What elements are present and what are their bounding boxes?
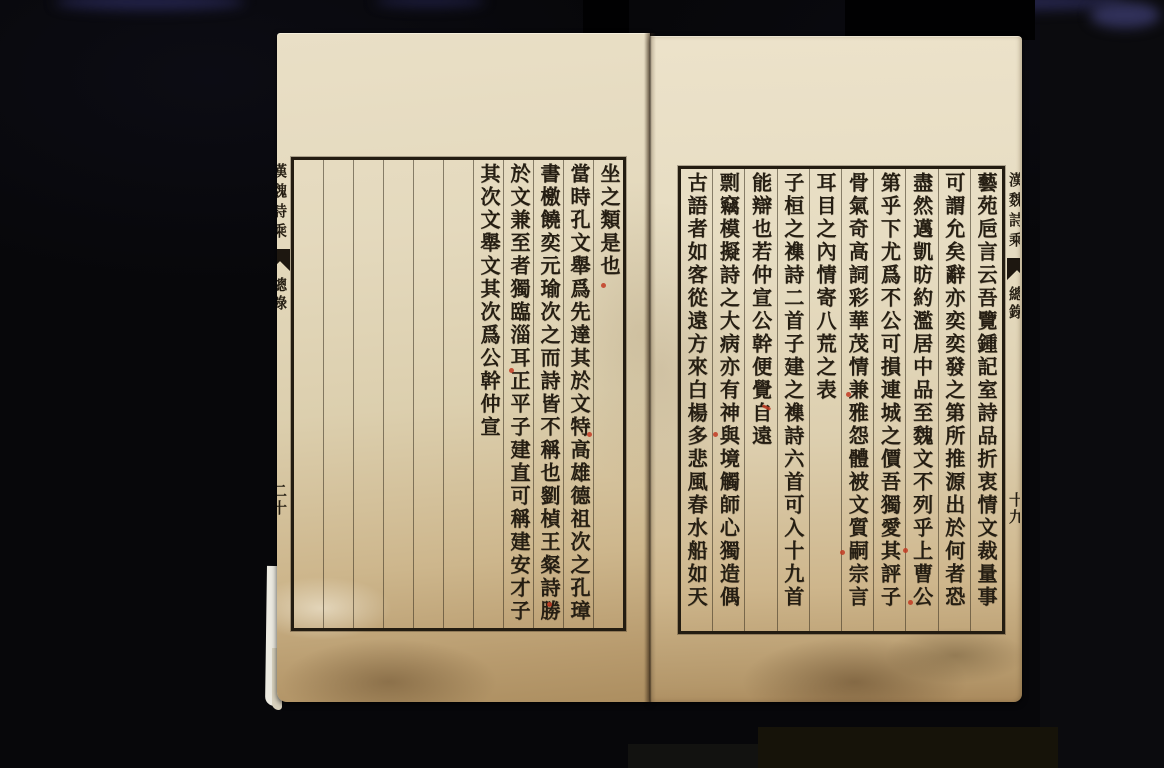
text-column <box>294 160 323 628</box>
text-column: 當時孔文舉爲先達其於文特高雄德祖次之孔璋 <box>563 160 593 628</box>
fishtail-mark <box>1007 258 1020 280</box>
fishtail-mark <box>277 249 290 271</box>
right-page: 藝苑巵言云吾覽鍾記室詩品折衷情文裁量事代 可謂允矣辭亦奕奕發之第所推源出於何者恐… <box>650 36 1022 702</box>
text-column: 盡然邁凱昉約濫居中品至魏文不列乎上曹公屈 <box>905 169 937 631</box>
vermilion-mark <box>903 548 908 553</box>
text-column <box>383 160 413 628</box>
left-folding-margin: 漢魏詩乘 總錄 二十 <box>277 157 291 631</box>
left-page: 漢魏詩乘 總錄 二十 坐之類是也 當時孔文舉爲先達其於文特高雄德祖次之孔璋 書檄… <box>277 33 650 702</box>
cradle-band-bottom <box>758 727 1058 768</box>
text-column: 能辯也若仲宣公幹便覺自遠 <box>744 169 776 631</box>
right-text-frame: 藝苑巵言云吾覽鍾記室詩品折衷情文裁量事代 可謂允矣辭亦奕奕發之第所推源出於何者恐… <box>678 166 1005 634</box>
text-column <box>353 160 383 628</box>
text-column: 剽竊模擬詩之大病亦有神與境觸師心獨造偶合 <box>712 169 744 631</box>
margin-section-label: 總錄 <box>277 277 290 313</box>
margin-section-label: 總錄 <box>1007 286 1020 322</box>
vermilion-mark <box>908 600 913 605</box>
cradle-band-bottom <box>628 744 760 768</box>
light-glint <box>55 0 245 10</box>
margin-title: 漢魏詩乘 <box>277 163 290 243</box>
photo-backdrop: 漢魏詩乘 總錄 二十 坐之類是也 當時孔文舉爲先達其於文特高雄德祖次之孔璋 書檄… <box>0 0 1164 768</box>
text-column: 其次文舉文其次爲公幹仲宣 <box>473 160 503 628</box>
text-column: 藝苑巵言云吾覽鍾記室詩品折衷情文裁量事代 <box>970 169 1002 631</box>
text-column: 書檄饒奕元瑜次之而詩皆不稱也劉楨王粲詩勝 <box>533 160 563 628</box>
vermilion-mark <box>840 550 845 555</box>
light-glint <box>375 0 485 7</box>
page-seam <box>644 33 656 702</box>
left-text-frame: 坐之類是也 當時孔文舉爲先達其於文特高雄德祖次之孔璋 書檄饒奕元瑜次之而詩皆不稱… <box>291 157 626 631</box>
backdrop-right-band <box>1040 0 1164 768</box>
margin-title: 漢魏詩乘 <box>1007 172 1020 252</box>
vermilion-mark <box>713 432 718 437</box>
text-column: 第乎下尤爲不公可損連城之價吾獨愛其評子建 <box>873 169 905 631</box>
text-column: 子桓之襍詩二首子建之襍詩六首可入十九首不 <box>777 169 809 631</box>
text-column: 於文兼至者獨臨淄耳正平子建直可稱建安才子 <box>503 160 533 628</box>
vermilion-mark <box>547 602 552 607</box>
vermilion-mark <box>601 283 606 288</box>
text-column: 可謂允矣辭亦奕奕發之第所推源出於何者恐未 <box>938 169 970 631</box>
text-column <box>323 160 353 628</box>
text-column <box>413 160 443 628</box>
text-column: 耳目之內情寄八荒之表 <box>809 169 841 631</box>
text-column: 骨氣奇高詞彩華茂情兼雅怨體被文質嗣宗言在 <box>841 169 873 631</box>
vermilion-mark <box>846 392 851 397</box>
text-column: 坐之類是也 <box>593 160 623 628</box>
text-column <box>443 160 473 628</box>
folio-number: 十九 <box>1007 492 1020 526</box>
light-glint <box>1090 2 1160 28</box>
text-column: 古語者如客從遠方來白楊多悲風春水船如天上 <box>681 169 712 631</box>
vermilion-mark <box>509 368 514 373</box>
right-folding-margin: 漢魏詩乘 總錄 十九 <box>1005 166 1020 634</box>
cradle-strap-right <box>845 0 1035 40</box>
folio-number: 二十 <box>277 483 290 517</box>
vermilion-mark <box>587 432 592 437</box>
